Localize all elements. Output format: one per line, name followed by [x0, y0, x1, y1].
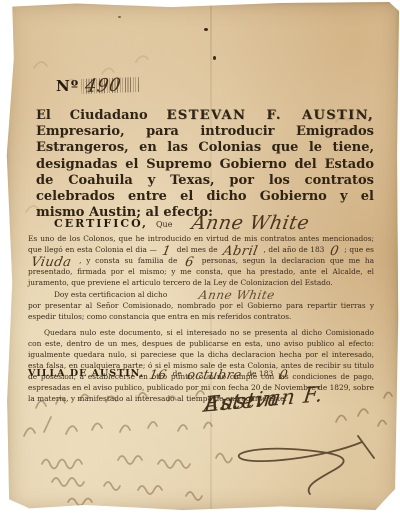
ink-speck [204, 28, 208, 31]
date-de-1: de [172, 369, 181, 378]
body-paragraph-arrival: Es uno de los Colonos, que he introducid… [28, 233, 374, 288]
document-number-panel: 490 [81, 77, 139, 94]
ink-speck [118, 16, 121, 18]
certify-label: CERTIFICO, [54, 217, 148, 230]
body-paragraph-presentation: por presentar al Señor Comisionado, nomb… [28, 300, 374, 322]
arrival-text-2: del mes de [177, 245, 218, 254]
document-number-label: Nº [56, 77, 79, 95]
document-number-value: 490 [85, 86, 121, 87]
place-label: VILLA DE AUSTIN, [28, 368, 144, 379]
date-line: VILLA DE AUSTIN, 16 de octubre de 183 0 [28, 368, 291, 379]
date-de-2: de 183 [247, 369, 273, 378]
document-number: Nº490 [56, 76, 139, 95]
heading-prefix: El Ciudadano [36, 108, 167, 123]
ink-speck [213, 56, 216, 60]
certify-line: CERTIFICO, Que Anne White [54, 212, 309, 231]
certify-que: Que [156, 220, 172, 229]
blank-dash: — [149, 245, 156, 254]
body-paragraph-certification: Doy esta certificacion al dicho Anne Whi… [28, 289, 374, 300]
arrival-text-3: , del año de 183 [263, 245, 324, 254]
presentation-text: por presentar al Señor Comisionado, nomb… [28, 301, 374, 321]
heading-rest: Empresario, para introducir Emigrados Es… [36, 124, 374, 220]
document-heading: El Ciudadano ESTEVAN F. AUSTIN, Empresar… [36, 108, 374, 221]
arrival-text-4: ; que es [344, 245, 374, 254]
certification-text: Doy esta certificacion al dicho [54, 290, 167, 299]
document-paper: Nº490 El Ciudadano ESTEVAN F. AUSTIN, Em… [6, 2, 399, 512]
heading-empresario-name: ESTEVAN F. AUSTIN, [167, 108, 374, 123]
